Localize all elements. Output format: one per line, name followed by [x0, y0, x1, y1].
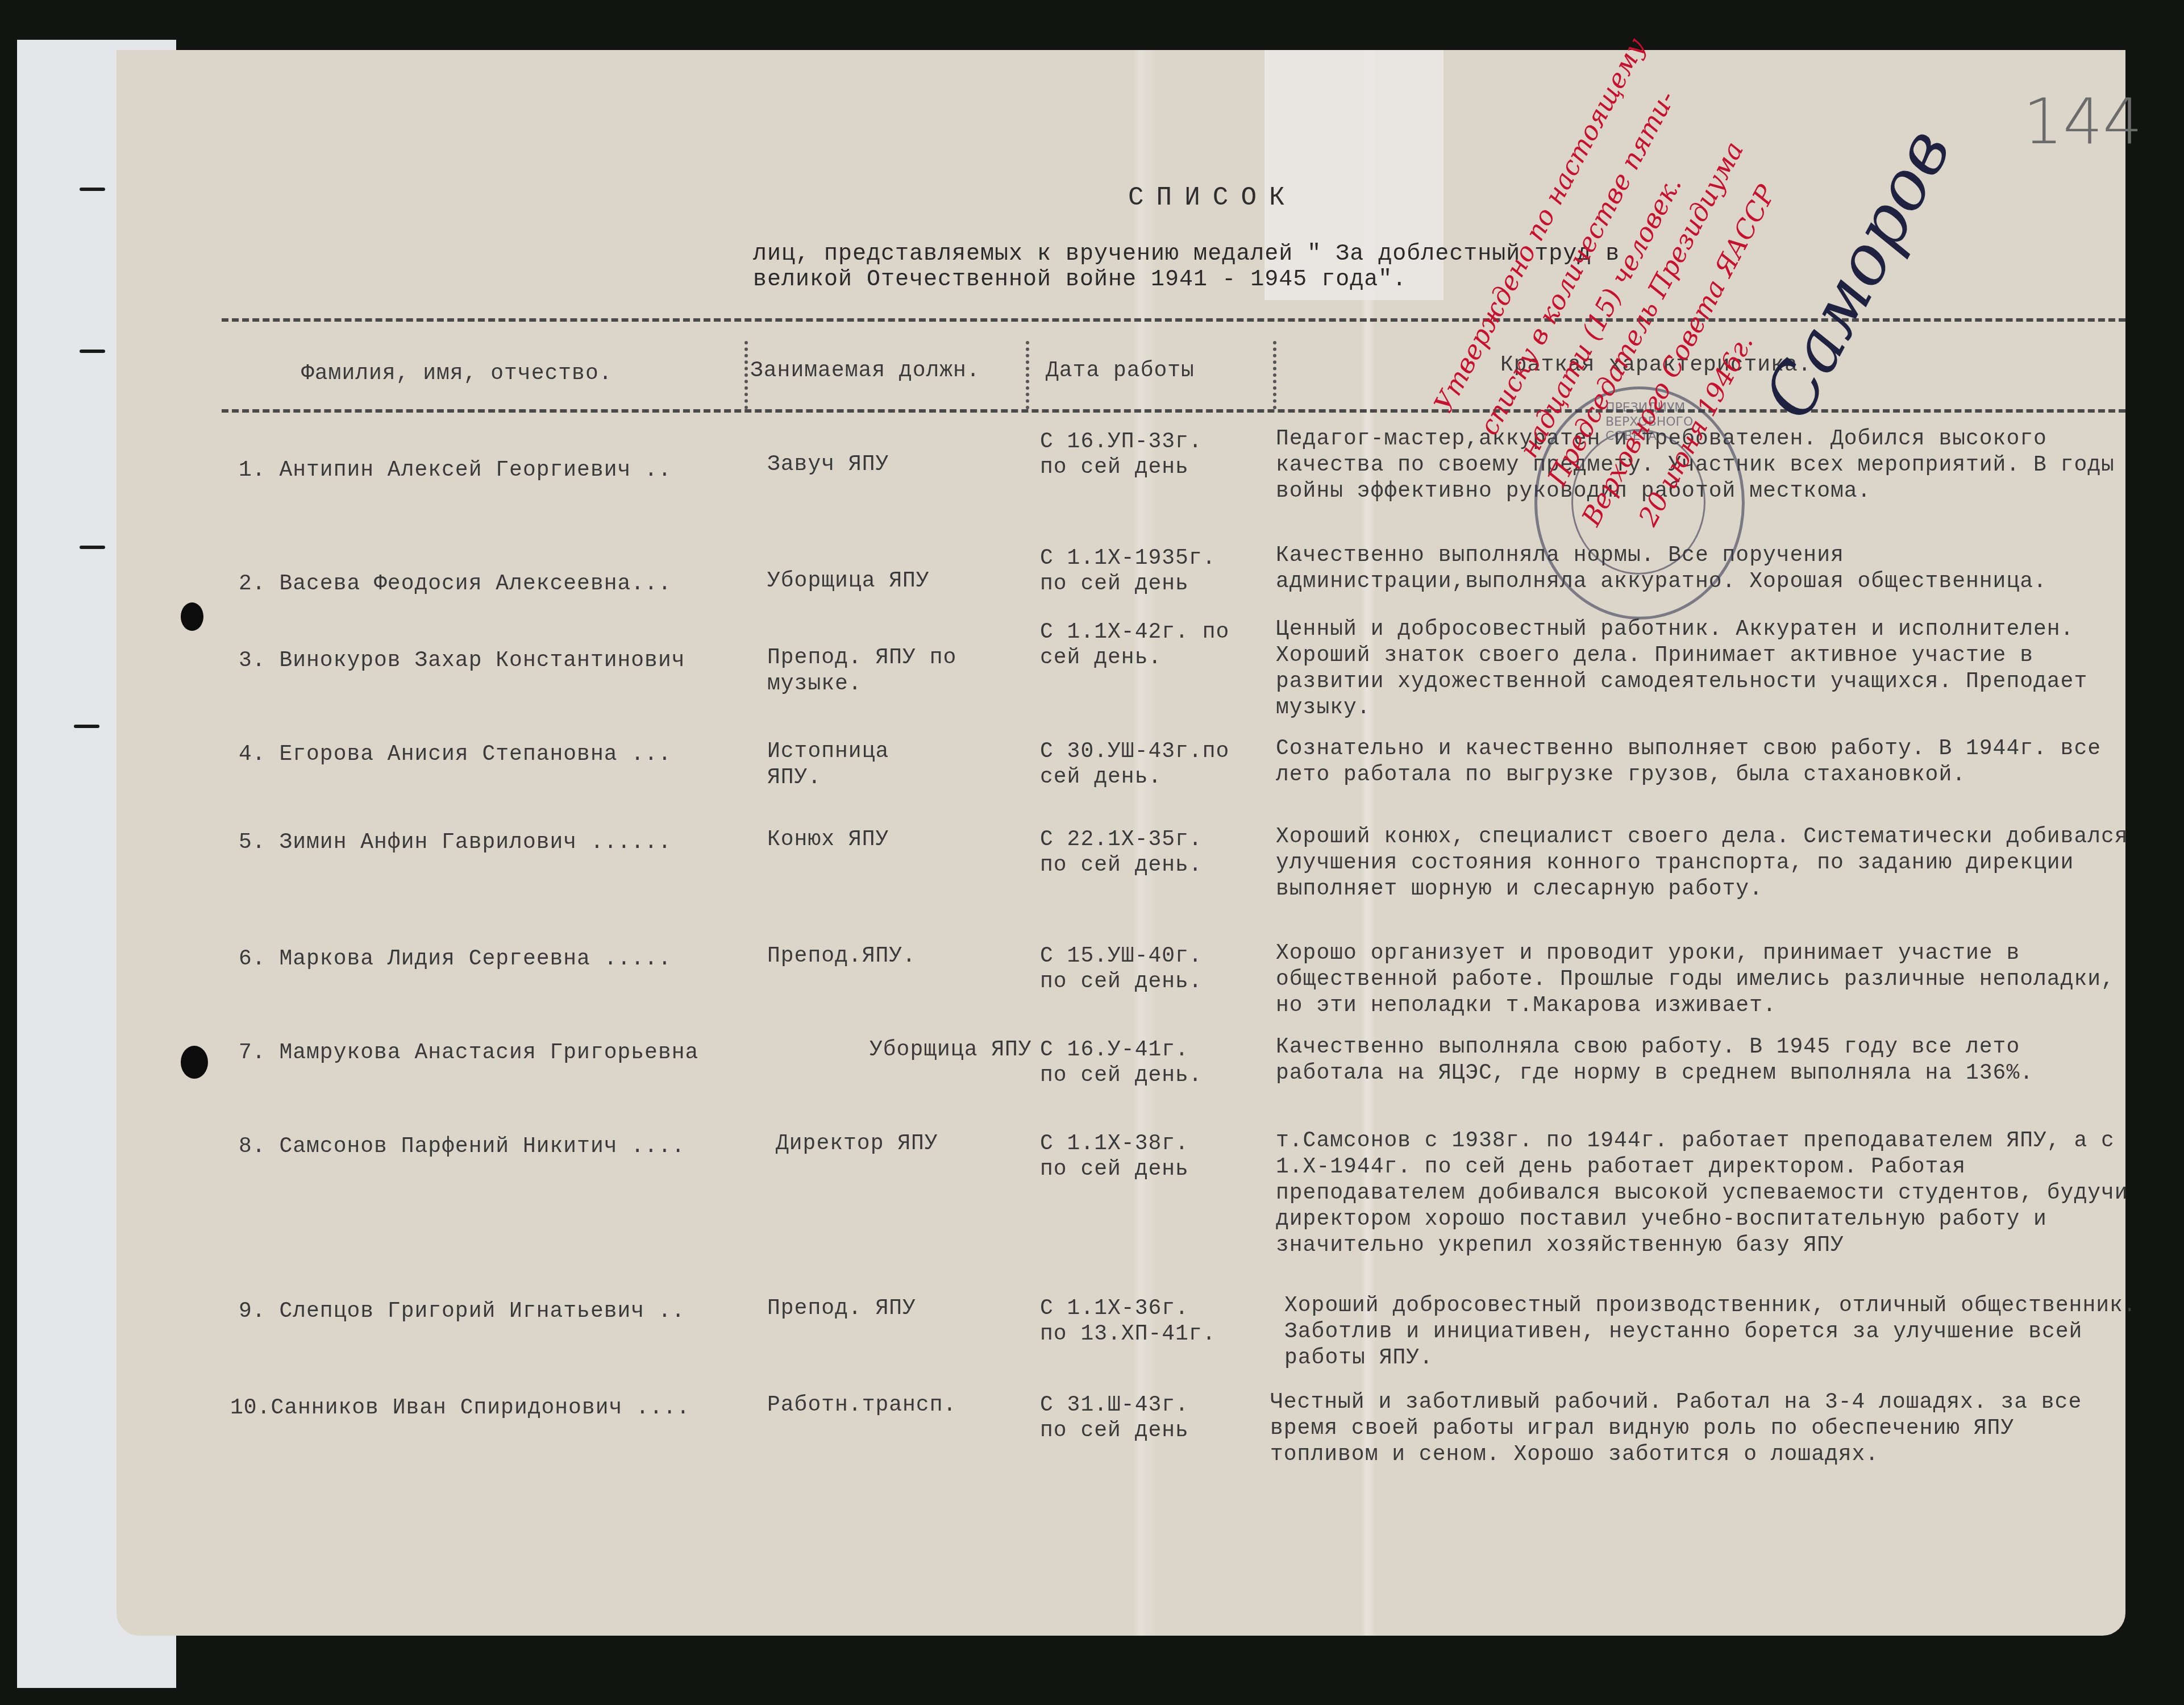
punch-hole	[181, 602, 203, 631]
document-title: СПИСОК	[1128, 185, 1297, 211]
row-date-from: С 22.1Х-35г.	[1040, 827, 1203, 853]
row-name: 2. Васева Феодосия Алексеевна...	[239, 571, 672, 597]
row-position: Препод.ЯПУ.	[767, 943, 916, 970]
row-date-to: по сей день.	[1040, 969, 1203, 995]
row-description: Хорошо организует и проводит уроки, прин…	[1276, 941, 2128, 1019]
row-description: Сознательно и качественно выполняет свою…	[1276, 736, 2128, 788]
row-name: 7. Мамрукова Анастасия Григорьевна	[239, 1040, 698, 1066]
header-bottom-rule	[222, 409, 2125, 413]
row-description: Ценный и добросовестный работник. Аккура…	[1276, 617, 2128, 721]
binding-slit	[74, 725, 99, 728]
row-date-to: по сей день	[1040, 1157, 1189, 1183]
document-subtitle-line1: лиц, представляемых к вручению медалей "…	[753, 242, 1620, 268]
row-name: 3. Винокуров Захар Константинович	[239, 648, 685, 674]
row-position: Истопница ЯПУ.	[767, 739, 938, 791]
row-date-to: по сей день.	[1040, 1063, 1203, 1089]
row-name: 9. Слепцов Григорий Игнатьевич ..	[239, 1299, 685, 1325]
row-date-from: С 16.УП-33г.	[1040, 429, 1203, 455]
row-date-from: С 1.1Х-38г.	[1040, 1131, 1189, 1157]
row-position: Работн.трансп.	[767, 1392, 956, 1419]
row-description: Хороший конюх, специалист своего дела. С…	[1276, 824, 2128, 903]
row-position: Уборщица ЯПУ	[870, 1037, 1032, 1063]
row-date-to: сей день.	[1040, 645, 1162, 671]
row-date-to: сей день.	[1040, 764, 1162, 791]
row-date-from: С 16.У-41г.	[1040, 1037, 1189, 1063]
row-date-to: по сей день	[1040, 455, 1189, 481]
row-name: 8. Самсонов Парфений Никитич ....	[239, 1134, 685, 1160]
row-date-to: по сей день.	[1040, 852, 1203, 879]
row-description: Качественно выполняла свою работу. В 194…	[1276, 1034, 2128, 1087]
binding-slit	[80, 350, 105, 353]
row-date-from: С 1.1Х-36г.	[1040, 1296, 1189, 1322]
row-date-from: С 31.Ш-43г.	[1040, 1392, 1189, 1419]
column-header-position: Занимаемая должн.	[750, 358, 980, 384]
column-header-name: Фамилия, имя, отчество.	[301, 361, 613, 387]
row-date-from: С 1.1Х-1935г.	[1040, 546, 1216, 572]
row-position: Директор ЯПУ	[776, 1131, 938, 1157]
row-position: Конюх ЯПУ	[767, 827, 889, 853]
row-date-to: по 13.ХП-41г.	[1040, 1321, 1216, 1348]
row-date-from: С 1.1Х-42г. по	[1040, 619, 1229, 646]
row-date-to: по сей день	[1040, 1418, 1189, 1444]
row-position: Препод. ЯПУ	[767, 1296, 916, 1322]
row-description: Хороший добросовестный производственник,…	[1284, 1293, 2137, 1371]
row-name: 1. Антипин Алексей Георгиевич ..	[239, 458, 672, 484]
row-position: Препод. ЯПУ по музыке.	[767, 645, 1006, 697]
row-date-from: С 15.УШ-40г.	[1040, 943, 1203, 970]
row-name: 10.Санников Иван Спиридонович ....	[230, 1395, 690, 1421]
column-separator	[1273, 341, 1276, 409]
page-number: 144	[2023, 85, 2143, 158]
column-separator	[1026, 341, 1029, 409]
row-date-to: по сей день	[1040, 571, 1189, 597]
row-date-from: С 30.УШ-43г.по	[1040, 739, 1229, 765]
column-separator	[744, 341, 748, 409]
row-name: 4. Егорова Анисия Степановна ...	[239, 742, 672, 768]
row-name: 5. Зимин Анфин Гаврилович ......	[239, 830, 672, 856]
column-header-dates: Дата работы	[1046, 358, 1195, 384]
binding-slit	[80, 546, 105, 549]
row-description: Честный и заботливый рабочий. Работал на…	[1270, 1390, 2123, 1468]
row-description: т.Самсонов с 1938г. по 1944г. работает п…	[1276, 1128, 2128, 1259]
binding-slit	[80, 188, 105, 191]
row-name: 6. Маркова Лидия Сергеевна .....	[239, 946, 672, 972]
punch-hole	[181, 1046, 208, 1079]
row-position: Уборщица ЯПУ	[767, 568, 930, 594]
row-position: Завуч ЯПУ	[767, 452, 889, 478]
document-subtitle-line2: великой Отечественной войне 1941 - 1945 …	[753, 267, 1407, 293]
